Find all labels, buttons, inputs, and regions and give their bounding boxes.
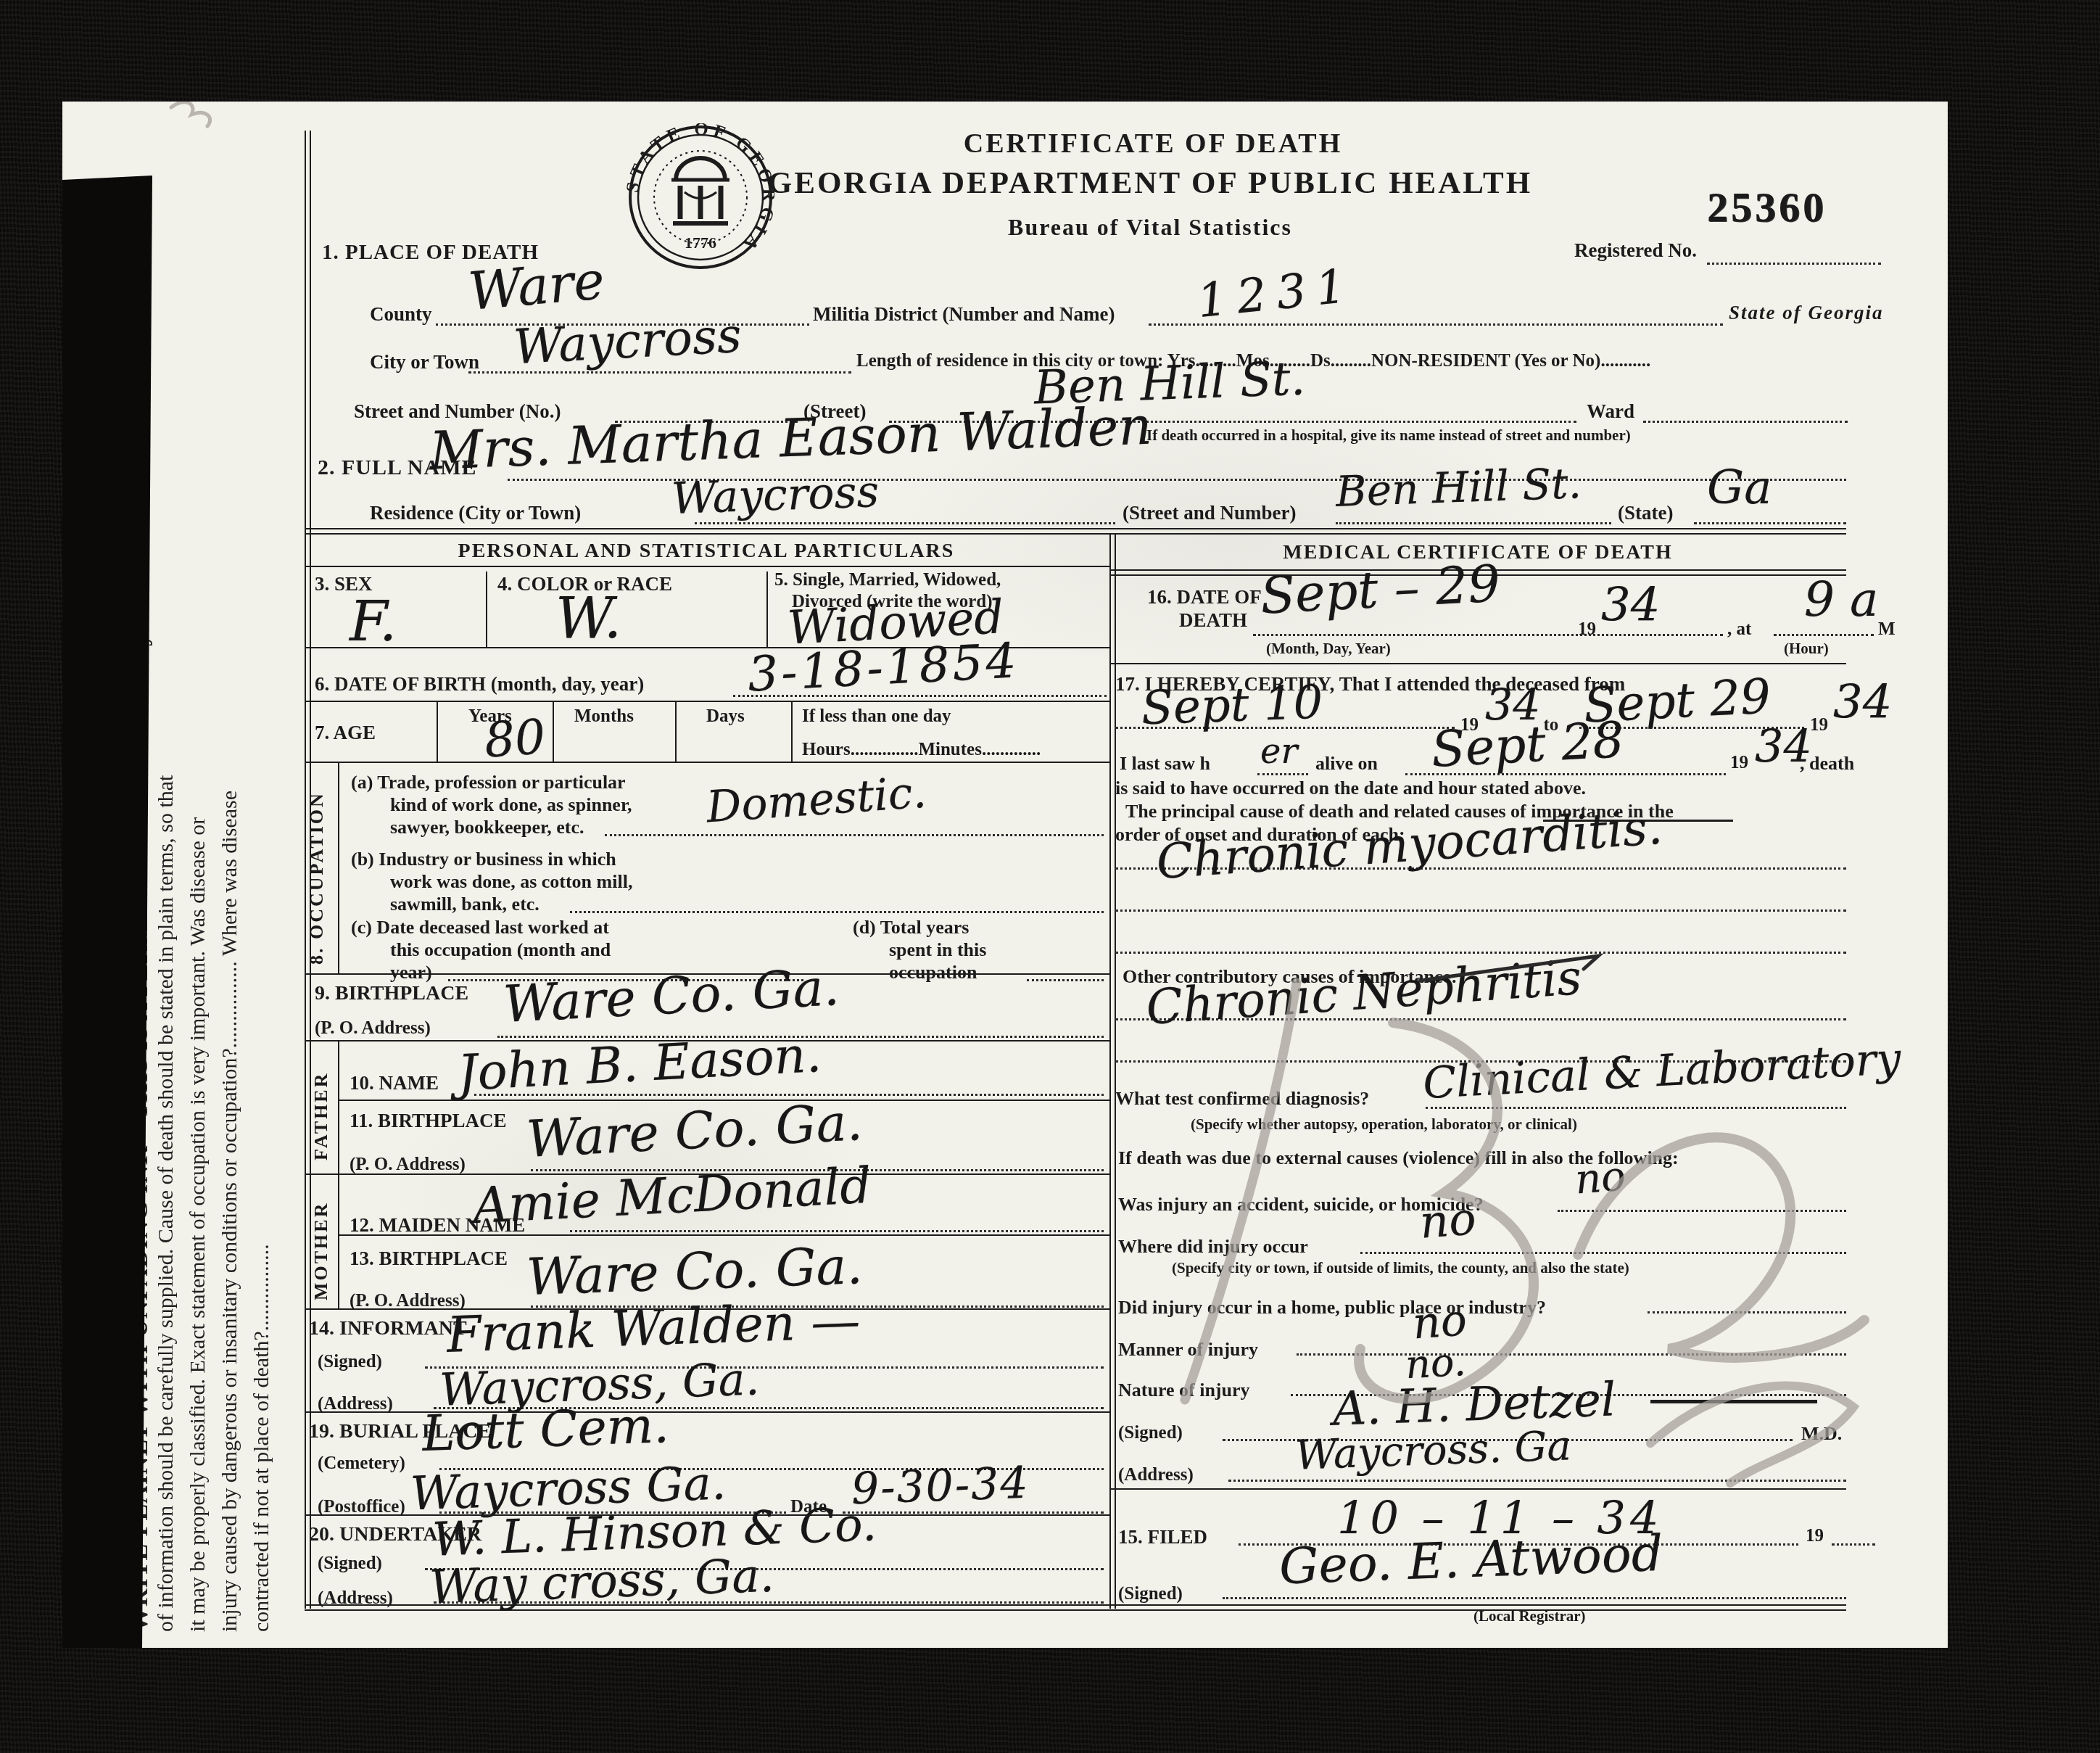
age-hours-label: Hours...............Minutes............. bbox=[802, 740, 1041, 760]
saw-19-label: 19 bbox=[1730, 753, 1748, 773]
burial-value: Lott Cem. bbox=[421, 1397, 670, 1463]
m-label: M bbox=[1878, 619, 1896, 640]
occ-d-line bbox=[1027, 979, 1104, 981]
margin-line-5: contracted if not at place of death?....… bbox=[249, 232, 281, 1632]
occ-b-line bbox=[570, 911, 1104, 913]
dod-year-value: 34 bbox=[1601, 579, 1660, 632]
occ-b-label-1: (b) Industry or business in which bbox=[351, 849, 616, 870]
color-marital-divider bbox=[766, 572, 768, 647]
last-saw-value: Sept 28 bbox=[1430, 711, 1626, 779]
test-label: What test confirmed diagnosis? bbox=[1115, 1088, 1369, 1110]
age-div-3 bbox=[675, 701, 677, 762]
registrar-signed-label: (Signed) bbox=[1118, 1584, 1183, 1604]
local-registrar-note: (Local Registrar) bbox=[1473, 1607, 1586, 1625]
occ-a-label-1: (a) Trade, profession or particular bbox=[351, 772, 626, 793]
occ-a-label-2: kind of work done, as spinner, bbox=[390, 794, 632, 816]
mother-side-label: MOTHER bbox=[310, 1188, 332, 1300]
to-19-label: 19 bbox=[1810, 715, 1828, 735]
hour-value: 9 a bbox=[1804, 572, 1878, 627]
date-of-death-value: Sept – 29 bbox=[1259, 553, 1502, 625]
row16-rule bbox=[1109, 663, 1846, 664]
birthplace-po-label: (P. O. Address) bbox=[315, 1018, 431, 1039]
page-title: CERTIFICATE OF DEATH bbox=[964, 128, 1342, 160]
residence-street-value: Ben Hill St. bbox=[1335, 458, 1582, 516]
bureau-subtitle: Bureau of Vital Statistics bbox=[1008, 214, 1292, 241]
test-value: Clinical & Laboratory bbox=[1422, 1034, 1902, 1109]
month-day-year-note: (Month, Day, Year) bbox=[1266, 640, 1391, 658]
undertaker-address-label: (Address) bbox=[318, 1588, 393, 1609]
father-side-label: FATHER bbox=[310, 1059, 332, 1160]
undertaker-signed-label: (Signed) bbox=[318, 1554, 382, 1574]
age-div-4 bbox=[791, 701, 793, 762]
age-days-label: Days bbox=[706, 706, 745, 727]
occ-d-label-1: (d) Total years bbox=[853, 917, 969, 939]
md-label: M.D. bbox=[1801, 1423, 1842, 1445]
hour-line bbox=[1774, 634, 1874, 636]
last-saw-post-label: alive on bbox=[1315, 753, 1378, 775]
mother-name-rule bbox=[339, 1234, 1109, 1236]
occ-c-label-1: (c) Date deceased last worked at bbox=[351, 917, 609, 939]
test-line bbox=[1426, 1107, 1846, 1109]
registrar-line bbox=[1223, 1597, 1846, 1599]
father-divider bbox=[338, 1040, 339, 1174]
accident-line bbox=[1558, 1210, 1846, 1212]
where-injury-label: Where did injury occur bbox=[1118, 1236, 1308, 1258]
last-saw-fill-line bbox=[1257, 773, 1308, 775]
dob-value: 3-18-1854 bbox=[746, 632, 1020, 702]
last-saw-fill-value: er bbox=[1260, 731, 1297, 772]
manner-label: Manner of injury bbox=[1118, 1339, 1258, 1361]
sex-value: F. bbox=[350, 589, 397, 653]
mother-bp-label: 13. BIRTHPLACE bbox=[350, 1247, 508, 1270]
informant-signed-label: (Signed) bbox=[318, 1352, 382, 1372]
birthplace-label: 9. BIRTHPLACE bbox=[315, 982, 468, 1005]
mother-name-line bbox=[570, 1230, 1104, 1232]
registered-no-line bbox=[1707, 263, 1881, 265]
physician-signed-label: (Signed) bbox=[1118, 1423, 1183, 1443]
nature-label: Nature of injury bbox=[1118, 1379, 1250, 1401]
cause-line-3 bbox=[1115, 952, 1846, 954]
occ-a-label-3: sawyer, bookkeeper, etc. bbox=[390, 817, 584, 838]
date-of-death-label-2: DEATH bbox=[1179, 609, 1247, 632]
occupation-divider bbox=[338, 762, 339, 973]
sex-color-divider bbox=[486, 572, 487, 647]
contributory-value: Chronic Nephritis bbox=[1144, 949, 1583, 1036]
pencil-scrawl-overlay bbox=[62, 102, 1948, 1648]
county-value: Ware bbox=[466, 249, 607, 322]
residence-state-value: Ga bbox=[1707, 461, 1772, 515]
residence-label: Residence (City or Town) bbox=[370, 502, 581, 524]
date-of-death-line bbox=[1253, 634, 1723, 636]
state-of-georgia-label: State of Georgia bbox=[1729, 302, 1884, 324]
marital-label-1: 5. Single, Married, Widowed, bbox=[774, 570, 1001, 590]
occ-b-label-3: sawmill, bank, etc. bbox=[390, 894, 540, 915]
seal-year: 1776 bbox=[685, 234, 716, 252]
filed-label: 15. FILED bbox=[1118, 1526, 1207, 1548]
ward-line bbox=[1643, 421, 1848, 423]
occ-c-label-3: year) bbox=[390, 962, 432, 983]
age-years-value: 80 bbox=[482, 709, 547, 769]
margin-line-2: of information should be carefully suppl… bbox=[154, 232, 186, 1632]
occupation-side-label: 8. OCCUPATION bbox=[306, 776, 328, 965]
cause-line-2 bbox=[1115, 910, 1846, 912]
occ-d-label-3: occupation bbox=[889, 962, 977, 983]
informant-label: 14. INFORMANT bbox=[309, 1317, 467, 1340]
dob-label: 6. DATE OF BIRTH (month, day, year) bbox=[315, 673, 644, 696]
age-less-label: If less than one day bbox=[802, 706, 951, 727]
accident-value: no bbox=[1574, 1153, 1627, 1204]
death-word-label: , death bbox=[1800, 753, 1854, 775]
age-months-label: Months bbox=[574, 706, 634, 727]
home-injury-line bbox=[1648, 1311, 1846, 1313]
header-divider-rule bbox=[305, 528, 1846, 535]
where-injury-value: no bbox=[1418, 1192, 1478, 1248]
militia-value: 1231 bbox=[1195, 259, 1358, 329]
physician-address-value: Waycross. Ga bbox=[1294, 1422, 1572, 1479]
residence-street-line bbox=[1336, 522, 1611, 524]
where-injury-note: (Specify city or town, if outside of lim… bbox=[1172, 1259, 1629, 1277]
test-note: (Specify whether autopsy, operation, lab… bbox=[1191, 1115, 1577, 1134]
filed-19-line bbox=[1832, 1543, 1875, 1546]
occ-c-label-2: this occupation (month and bbox=[390, 939, 611, 961]
physician-address-line bbox=[1228, 1480, 1846, 1482]
father-po-label: (P. O. Address) bbox=[350, 1155, 466, 1175]
age-div-2 bbox=[553, 701, 554, 762]
from-value: Sept 10 bbox=[1141, 676, 1324, 736]
margin-line-3: it may be properly classified. Exact sta… bbox=[186, 232, 218, 1632]
residence-state-line bbox=[1694, 522, 1846, 524]
dod-19-label: 19 bbox=[1578, 619, 1596, 640]
physician-address-label: (Address) bbox=[1118, 1465, 1194, 1485]
burial-date-value: 9-30-34 bbox=[851, 1458, 1030, 1515]
row7-rule bbox=[305, 762, 1109, 763]
father-name-label: 10. NAME bbox=[350, 1072, 439, 1094]
where-injury-line bbox=[1360, 1252, 1846, 1254]
occ-a-line bbox=[605, 834, 1104, 836]
ward-label: Ward bbox=[1587, 400, 1634, 423]
mother-divider bbox=[338, 1174, 339, 1308]
hour-note: (Hour) bbox=[1784, 640, 1829, 658]
city-town-label: City or Town bbox=[370, 351, 479, 374]
age-div-1 bbox=[437, 701, 438, 762]
color-value: W. bbox=[555, 586, 621, 651]
registrar-signature: Geo. E. Atwood bbox=[1278, 1525, 1664, 1596]
county-label: County bbox=[370, 303, 432, 326]
occurred-label: is said to have occurred on the date and… bbox=[1115, 777, 1586, 799]
certificate-paper: WRITE PLAINLY WITH UNFADING INK—THIS IS … bbox=[62, 102, 1948, 1648]
burial-cemetery-label: (Cemetery) bbox=[318, 1453, 405, 1474]
birthplace-value: Ware Co. Ga. bbox=[502, 957, 840, 1034]
occ-a-value: Domestic. bbox=[705, 767, 928, 833]
scanned-death-certificate-page: { "h": { "title": "CERTIFICATE OF DEATH"… bbox=[0, 0, 2100, 1753]
hospital-note: (If death occurred in a hospital, give i… bbox=[1141, 426, 1631, 445]
age-label: 7. AGE bbox=[315, 722, 376, 744]
residence-state-label: (State) bbox=[1618, 502, 1673, 524]
physician-rule bbox=[1109, 1488, 1846, 1490]
filed-19-label: 19 bbox=[1806, 1526, 1824, 1546]
signature-flourish bbox=[1650, 1400, 1817, 1403]
residence-line bbox=[695, 522, 1115, 524]
informant-value: Frank Walden — bbox=[446, 1292, 861, 1364]
date-of-death-label-1: 16. DATE OF bbox=[1147, 586, 1262, 609]
occ-b-label-2: work was done, as cotton mill, bbox=[390, 871, 632, 893]
manner-line bbox=[1297, 1353, 1846, 1356]
registered-no-label: Registered No. bbox=[1574, 239, 1697, 262]
to-year-value: 34 bbox=[1833, 676, 1892, 730]
father-bp-value: Ware Co. Ga. bbox=[525, 1092, 864, 1169]
militia-district-label: Militia District (Number and Name) bbox=[813, 303, 1115, 326]
occ-d-label-2: spent in this bbox=[889, 939, 986, 961]
certificate-number: 25360 bbox=[1707, 183, 1827, 231]
home-injury-label: Did injury occur in a home, public place… bbox=[1118, 1297, 1546, 1319]
row6-rule bbox=[305, 701, 1109, 702]
at-label: , at bbox=[1727, 619, 1751, 640]
residence-value: Waycross bbox=[671, 466, 880, 524]
department-title: GEORGIA DEPARTMENT OF PUBLIC HEALTH bbox=[768, 165, 1532, 201]
father-bp-label: 11. BIRTHPLACE bbox=[350, 1110, 507, 1132]
personal-particulars-header: PERSONAL AND STATISTICAL PARTICULARS bbox=[458, 540, 955, 563]
city-value: Waycross bbox=[512, 308, 743, 375]
personal-header-rule bbox=[305, 566, 1109, 567]
georgia-state-seal: STATE OF GEORGIA 1776 bbox=[627, 123, 774, 271]
margin-line-4: injury caused by dangerous or insanitary… bbox=[218, 232, 249, 1632]
last-saw-pre-label: I last saw h bbox=[1120, 753, 1210, 775]
residence-street-label: (Street and Number) bbox=[1123, 502, 1296, 524]
